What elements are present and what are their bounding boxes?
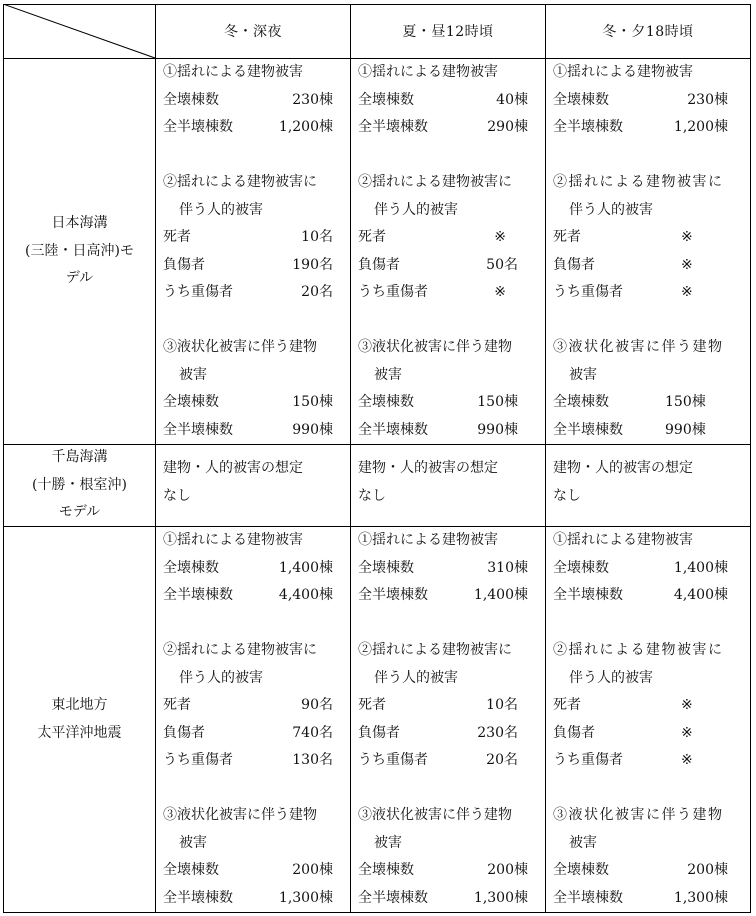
cell-tohoku-summer-noon: ①揺れによる建物被害 全壊棟数310棟 全半壊棟数1,400棟 ②揺れによる建物… — [358, 527, 538, 912]
data-line: 全半壊棟数4,400棟 — [163, 582, 343, 610]
section-title: ③液状化被害に伴う建物 — [358, 334, 538, 362]
data-line: うち重傷者130名 — [163, 747, 343, 775]
note-line: 建物・人的被害の想定 — [163, 455, 343, 483]
section-title-cont: 伴う人的被害 — [163, 665, 343, 693]
data-line: 全壊棟数40棟 — [358, 87, 538, 115]
cell-japan-trench-winter-evening: ①揺れによる建物被害 全壊棟数230棟 全半壊棟数1,200棟 ②揺れによる建物… — [553, 59, 743, 444]
cell-japan-trench-summer-noon: ①揺れによる建物被害 全壊棟数40棟 全半壊棟数290棟 ②揺れによる建物被害に… — [358, 59, 538, 444]
data-line: 全壊棟数310棟 — [358, 555, 538, 583]
section-title-cont: 伴う人的被害 — [553, 197, 743, 225]
row-label-line: 東北地方 — [52, 692, 108, 720]
section-title-cont: 被害 — [358, 830, 538, 858]
cell-tohoku-winter-evening: ①揺れによる建物被害 全壊棟数1,400棟 全半壊棟数4,400棟 ②揺れによる… — [553, 527, 743, 912]
data-line: 全半壊棟数4,400棟 — [553, 582, 743, 610]
data-line: 負傷者740名 — [163, 720, 343, 748]
cell-tohoku-winter-night: ①揺れによる建物被害 全壊棟数1,400棟 全半壊棟数4,400棟 ②揺れによる… — [163, 527, 343, 912]
section-title-cont: 被害 — [553, 830, 743, 858]
section-title-cont: 伴う人的被害 — [553, 665, 743, 693]
data-line: 負傷者190名 — [163, 252, 343, 280]
data-line: 全半壊棟数290棟 — [358, 114, 538, 142]
row-label-line: モデル — [59, 499, 100, 527]
note-line: なし — [358, 483, 538, 511]
data-line: 全壊棟数150棟 — [163, 389, 343, 417]
row-label-line: デル — [66, 265, 93, 293]
row-label-kuril-trench: 千島海溝 (十勝・根室沖) モデル — [4, 445, 155, 526]
row-label-line: 千島海溝 — [52, 444, 108, 472]
data-line: 死者※ — [553, 224, 743, 252]
data-line: 全半壊棟数1,400棟 — [358, 582, 538, 610]
section-title: ③液状化被害に伴う建物 — [553, 334, 743, 362]
col-divider-1 — [155, 4, 156, 913]
border-bottom — [3, 912, 751, 913]
section-title: ③液状化被害に伴う建物 — [163, 334, 343, 362]
row-label-tohoku-earthquake: 東北地方 太平洋沖地震 — [4, 527, 155, 912]
data-line: 死者10名 — [358, 692, 538, 720]
note-line: 建物・人的被害の想定 — [553, 455, 743, 483]
section-title-cont: 伴う人的被害 — [163, 197, 343, 225]
section-title-cont: 伴う人的被害 — [358, 197, 538, 225]
data-line: 全半壊棟数990棟 — [358, 417, 538, 445]
section-title-cont: 被害 — [358, 362, 538, 390]
data-line: 全半壊棟数990棟 — [163, 417, 343, 445]
data-line: 全半壊棟数1,300棟 — [553, 885, 743, 913]
section-title: ②揺れによる建物被害に — [163, 169, 343, 197]
border-right — [750, 4, 751, 913]
cell-kuril-trench-winter-evening: 建物・人的被害の想定 なし — [553, 455, 743, 510]
data-line: 全壊棟数1,400棟 — [163, 555, 343, 583]
data-line: 全半壊棟数1,200棟 — [553, 114, 743, 142]
note-line: 建物・人的被害の想定 — [358, 455, 538, 483]
data-line: 死者10名 — [163, 224, 343, 252]
diagonal-header-line — [3, 4, 156, 59]
section-title: ②揺れによる建物被害に — [163, 637, 343, 665]
data-line: 全壊棟数200棟 — [553, 857, 743, 885]
section-title: ③液状化被害に伴う建物 — [553, 802, 743, 830]
data-line: うち重傷者20名 — [163, 279, 343, 307]
col-divider-3 — [545, 4, 546, 913]
header-winter-evening: 冬・夕18時頃 — [546, 4, 750, 58]
section-title: ①揺れによる建物被害 — [553, 527, 743, 555]
section-title: ①揺れによる建物被害 — [163, 527, 343, 555]
section-title-cont: 被害 — [553, 362, 743, 390]
data-line: 全壊棟数150棟 — [553, 389, 743, 417]
note-line: なし — [163, 483, 343, 511]
data-line: 負傷者※ — [553, 252, 743, 280]
cell-kuril-trench-winter-night: 建物・人的被害の想定 なし — [163, 455, 343, 510]
row-label-line: (三陸・日高沖)モ — [25, 238, 134, 266]
data-line: うち重傷者※ — [358, 279, 538, 307]
row-label-line: 日本海溝 — [52, 210, 108, 238]
cell-kuril-trench-summer-noon: 建物・人的被害の想定 なし — [358, 455, 538, 510]
header-winter-night: 冬・深夜 — [156, 4, 350, 58]
section-title-cont: 被害 — [163, 830, 343, 858]
col-divider-2 — [350, 4, 351, 913]
data-line: 全壊棟数200棟 — [358, 857, 538, 885]
data-line: 全壊棟数200棟 — [163, 857, 343, 885]
data-line: 負傷者※ — [553, 720, 743, 748]
data-line: 全壊棟数230棟 — [553, 87, 743, 115]
section-title: ②揺れによる建物被害に — [553, 169, 743, 197]
row-label-japan-trench: 日本海溝 (三陸・日高沖)モ デル — [4, 59, 155, 444]
damage-estimate-table: 冬・深夜 夏・昼12時頃 冬・夕18時頃 日本海溝 (三陸・日高沖)モ デル ①… — [3, 4, 751, 913]
section-title-cont: 被害 — [163, 362, 343, 390]
data-line: 全半壊棟数1,300棟 — [163, 885, 343, 913]
data-line: 全壊棟数150棟 — [358, 389, 538, 417]
data-line: 負傷者50名 — [358, 252, 538, 280]
data-line: 負傷者230名 — [358, 720, 538, 748]
section-title: ③液状化被害に伴う建物 — [163, 802, 343, 830]
data-line: うち重傷者※ — [553, 279, 743, 307]
data-line: 死者90名 — [163, 692, 343, 720]
data-line: うち重傷者20名 — [358, 747, 538, 775]
row-label-line: (十勝・根室沖) — [32, 472, 127, 500]
cell-japan-trench-winter-night: ①揺れによる建物被害 全壊棟数230棟 全半壊棟数1,200棟 ②揺れによる建物… — [163, 59, 343, 444]
data-line: 死者※ — [553, 692, 743, 720]
data-line: 全半壊棟数990棟 — [553, 417, 743, 445]
data-line: 全半壊棟数1,200棟 — [163, 114, 343, 142]
section-title: ①揺れによる建物被害 — [553, 59, 743, 87]
data-line: 死者※ — [358, 224, 538, 252]
data-line: 全壊棟数230棟 — [163, 87, 343, 115]
section-title: ①揺れによる建物被害 — [358, 527, 538, 555]
row-label-line: 太平洋沖地震 — [38, 720, 122, 748]
section-title-cont: 伴う人的被害 — [358, 665, 538, 693]
data-line: うち重傷者※ — [553, 747, 743, 775]
section-title: ②揺れによる建物被害に — [358, 637, 538, 665]
section-title: ②揺れによる建物被害に — [358, 169, 538, 197]
data-line: 全半壊棟数1,300棟 — [358, 885, 538, 913]
section-title: ①揺れによる建物被害 — [358, 59, 538, 87]
data-line: 全壊棟数1,400棟 — [553, 555, 743, 583]
header-summer-noon: 夏・昼12時頃 — [351, 4, 545, 58]
section-title: ②揺れによる建物被害に — [553, 637, 743, 665]
note-line: なし — [553, 483, 743, 511]
section-title: ①揺れによる建物被害 — [163, 59, 343, 87]
section-title: ③液状化被害に伴う建物 — [358, 802, 538, 830]
